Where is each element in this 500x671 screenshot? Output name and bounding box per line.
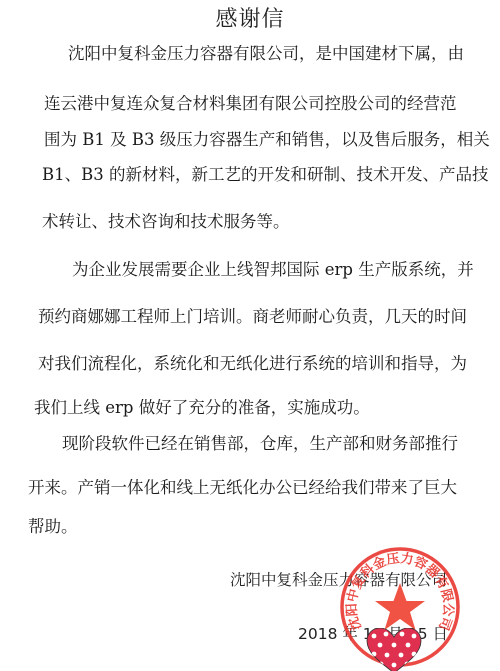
paragraph-2-line-4: 我们上线 erp 做好了充分的准备，实施成功。 bbox=[34, 394, 370, 418]
paragraph-2-line-2: 预约商娜娜工程师上门培训。商老师耐心负责，几天的时间 bbox=[38, 303, 467, 327]
paragraph-2-line-3: 对我们流程化，系统化和无纸化进行系统的培训和指导，为 bbox=[38, 350, 467, 374]
polka-dot-heart-icon bbox=[366, 628, 422, 671]
paragraph-3-line-1: 现阶段软件已经在销售部，仓库，生产部和财务部推行 bbox=[62, 430, 458, 454]
letter-title: 感谢信 bbox=[0, 2, 500, 33]
paragraph-2-line-1: 为企业发展需要企业上线智邦国际 erp 生产版系统，并 bbox=[72, 256, 474, 280]
paragraph-3-line-3: 帮助。 bbox=[28, 513, 78, 537]
paragraph-3-line-2: 开来。产销一体化和线上无纸化办公已经给我们带来了巨大 bbox=[28, 474, 457, 498]
paragraph-1-line-1: 沈阳中复科金压力容器有限公司，是中国建材下属，由 bbox=[68, 40, 464, 64]
paragraph-1-line-3: 围为 B1 及 B3 级压力容器生产和销售，以及售后服务，相关 bbox=[44, 126, 490, 150]
paragraph-1-line-5: 术转让、技术咨询和技术服务等。 bbox=[42, 208, 290, 232]
paragraph-1-line-2: 连云港中复连众复合材料集团有限公司控股公司的经营范 bbox=[44, 90, 457, 114]
thank-you-letter: 感谢信 沈阳中复科金压力容器有限公司，是中国建材下属，由 连云港中复连众复合材料… bbox=[0, 0, 500, 671]
star-icon bbox=[375, 583, 425, 630]
paragraph-1-line-4: B1、B3 的新材料，新工艺的开发和研制、技术开发、产品技 bbox=[42, 161, 489, 185]
